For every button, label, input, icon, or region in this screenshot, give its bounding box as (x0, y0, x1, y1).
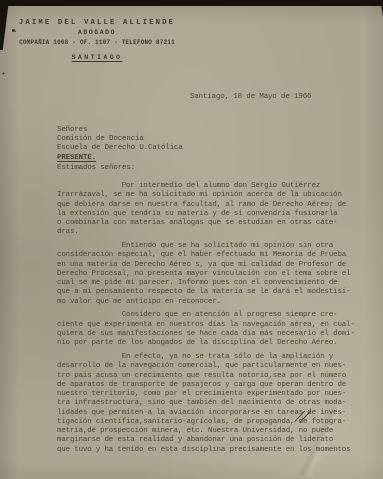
body-line: tigación científica,sanitario-agrícolas,… (57, 418, 353, 427)
recipient-block: Señores Comisión de Docencia Escuela de … (57, 126, 183, 163)
recipient-line: Escuela de Derecho U.Católica (57, 144, 183, 153)
document-photo: JAIME DEL VALLE ALLIENDE ABOGADO COMPAÑI… (0, 0, 383, 479)
body-line: desarrollo de la navegación comercial, q… (57, 362, 353, 371)
body-line: nio por parte de los abogados de la disc… (57, 339, 353, 348)
body-line: que tuvo y ha tenido en esta disciplina … (57, 446, 353, 455)
letterhead-title: ABOGADO (16, 29, 178, 36)
body-line: de aparatos de transporte de pasajeros y… (57, 381, 353, 390)
body-line: Por intermedio del alumno don Sergio Gut… (57, 182, 353, 191)
recipient-line: Comisión de Docencia (57, 135, 183, 144)
body-line: que a mi pensamiento respecto de la mate… (57, 288, 353, 297)
letter-body: Por intermedio del alumno don Sergio Gut… (57, 182, 353, 459)
body-line: en una materia de Derecho Aéreo s, ya qu… (57, 261, 353, 270)
letterhead-address: COMPAÑIA 1068 - OF. 1107 - TELEFONO 8721… (16, 39, 178, 46)
letterhead-name: JAIME DEL VALLE ALLIENDE (16, 19, 178, 27)
body-line: ciente que experimenta en nuestros días … (57, 321, 353, 330)
paragraph: Entiendo que se ha solicitado mi opinión… (57, 242, 353, 307)
body-line: o combinarla con materias análogas que s… (57, 219, 353, 228)
body-line: marginarse de esta realidad y abandonar … (57, 436, 353, 445)
paragraph: Considero que en atención al progreso si… (57, 311, 353, 348)
body-line: nuestro territorio, como por el crecimie… (57, 390, 353, 399)
body-line: En efecto, ya no se trata sólo de la amp… (57, 353, 353, 362)
body-line: metría,de prospección minera, etc. Nuest… (57, 427, 353, 436)
body-line: consideración especial, que el haber efe… (57, 251, 353, 260)
letterhead-city: SANTIAGO (72, 54, 123, 61)
body-line: Irarrázaval, se me ha solicitado mi opin… (57, 191, 353, 200)
body-line: tro país acusa un crecimiento que result… (57, 372, 353, 381)
paragraph: Por intermedio del alumno don Sergio Gut… (57, 182, 353, 238)
recipient-line: Señores (57, 126, 183, 135)
letter-paper: JAIME DEL VALLE ALLIENDE ABOGADO COMPAÑI… (0, 6, 383, 479)
body-line: tra infraestructura, sino que también de… (57, 399, 353, 408)
letterhead: JAIME DEL VALLE ALLIENDE ABOGADO COMPAÑI… (16, 19, 178, 64)
date-line: Santiago, 18 de Mayo de 1966 (190, 93, 311, 101)
body-line: que debiera darse en nuestra facultad, a… (57, 201, 353, 210)
presente-label: PRESENTE. (57, 154, 96, 162)
body-line: Considero que en atención al progreso si… (57, 311, 353, 320)
body-line: quiera de sus manifestaciones se hace ca… (57, 330, 353, 339)
body-line: mo valor que me anticipo en reconocer. (57, 298, 353, 307)
body-line: la extensión que tendría su materia y de… (57, 210, 353, 219)
body-line: Derecho Procesal, no presenta mayor vinc… (57, 270, 353, 279)
paper-specks (12, 29, 15, 32)
paragraph: En efecto, ya no se trata sólo de la amp… (57, 353, 353, 455)
body-line: cual se me pide mi parecer. Informo pues… (57, 279, 353, 288)
body-line: Entiendo que se ha solicitado mi opinión… (57, 242, 353, 251)
body-line: dras. (57, 228, 353, 237)
salutation: Estimados señores: (57, 164, 135, 172)
